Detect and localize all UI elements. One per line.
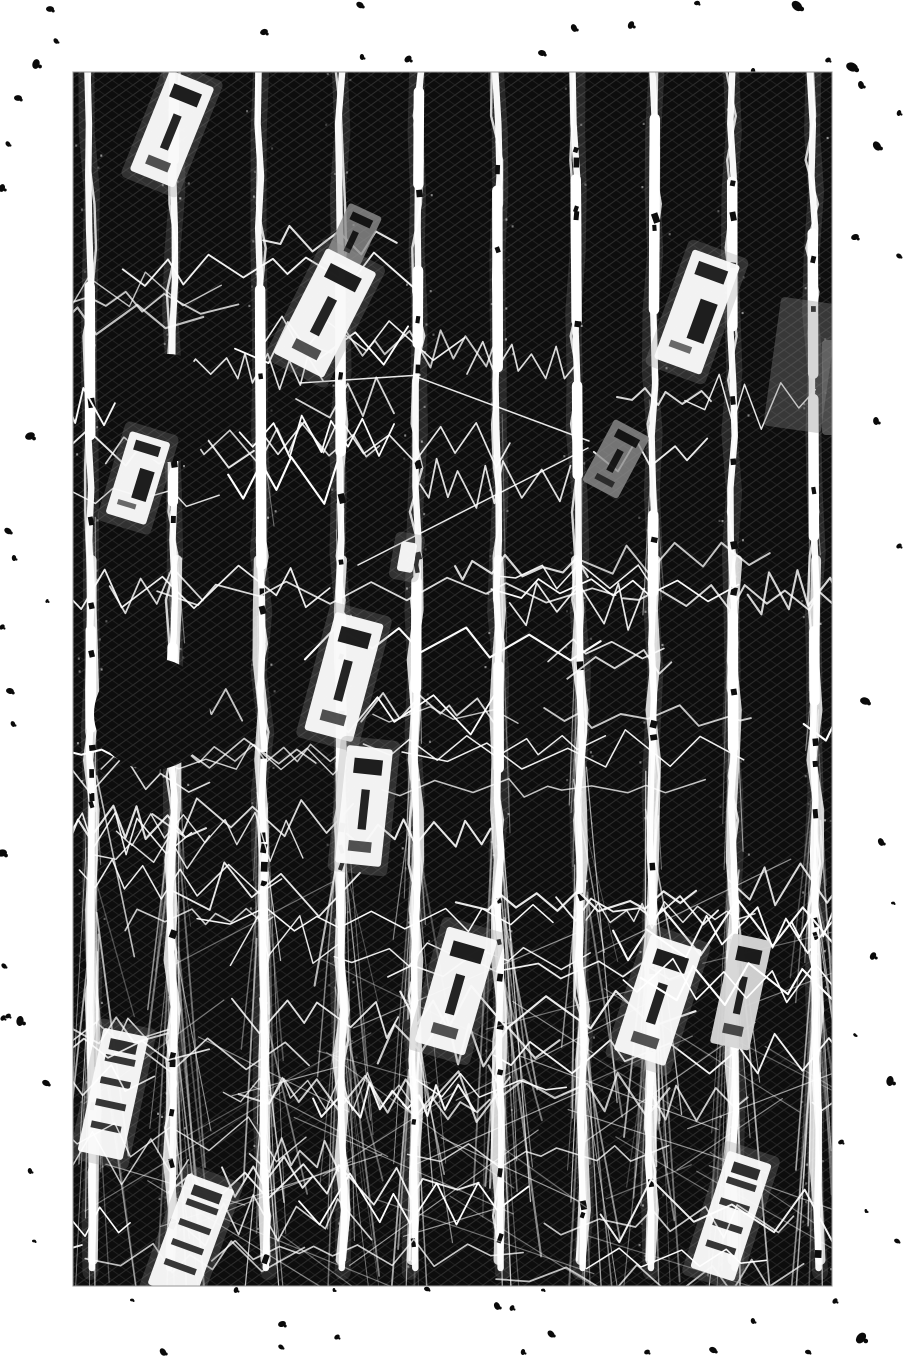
print-frame: [0, 59, 906, 1312]
artwork-canvas: [0, 0, 906, 1359]
artwork-page: [0, 0, 906, 1359]
